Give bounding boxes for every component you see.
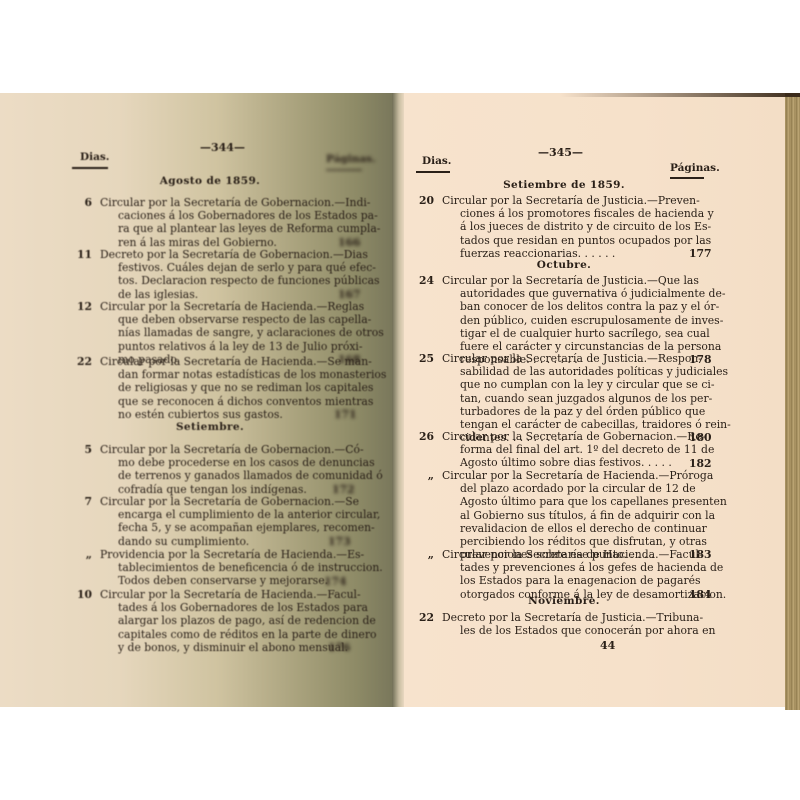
- entry-day: 24: [412, 274, 434, 287]
- open-book: Dias. —344— Páginas. Agosto de 1859. 6 C…: [0, 93, 800, 707]
- right-month-noviembre: Noviembre.: [484, 595, 644, 607]
- left-header-pages-rule: [326, 169, 362, 171]
- entry-day: 5: [70, 443, 92, 456]
- entry-page-ref: 184: [689, 588, 712, 601]
- right-month-setiembre-1859: Setiembre de 1859.: [484, 179, 644, 191]
- entry-page-ref: 174: [324, 575, 347, 588]
- left-month-agosto: Agosto de 1859.: [120, 175, 300, 187]
- entry-day: 26: [412, 430, 434, 443]
- page-edges: [785, 93, 800, 710]
- entry-day: 22: [70, 355, 92, 368]
- left-header-pages: Páginas.: [326, 153, 376, 165]
- entry-day: 20: [412, 194, 434, 207]
- entry-page-ref: 171: [334, 408, 357, 421]
- entry-day: 22: [412, 611, 434, 624]
- left-page: Dias. —344— Páginas. Agosto de 1859. 6 C…: [0, 93, 397, 707]
- entry-day: 6: [70, 196, 92, 209]
- left-header-days: Dias.: [80, 151, 109, 163]
- left-header-days-rule: [72, 167, 108, 169]
- entry-day: „: [412, 548, 434, 561]
- entry-page-ref: 176: [328, 641, 351, 654]
- left-page-number: —344—: [200, 141, 245, 154]
- entry-day: 10: [70, 588, 92, 601]
- entry-day: 25: [412, 352, 434, 365]
- entry-day: 12: [70, 300, 92, 313]
- right-header-days-rule: [416, 171, 450, 173]
- right-header-pages-rule: [670, 177, 704, 179]
- signature-mark: 44: [600, 639, 615, 652]
- right-header-pages: Páginas.: [670, 162, 720, 174]
- right-header-days: Dias.: [422, 155, 451, 167]
- entry-day: 7: [70, 495, 92, 508]
- left-month-setiembre: Setiembre.: [120, 421, 300, 433]
- entry-day: 11: [70, 248, 92, 261]
- right-month-octubre: Octubre.: [484, 259, 644, 271]
- entry-page-ref: 177: [689, 247, 712, 260]
- entry-day: „: [70, 548, 92, 561]
- entry-page-ref: 173: [328, 535, 351, 548]
- entry-day: „: [412, 469, 434, 482]
- right-page-number: —345—: [538, 146, 583, 159]
- cover-edge: [560, 93, 800, 97]
- right-page: Dias. —345— Páginas. Setiembre de 1859. …: [404, 93, 785, 707]
